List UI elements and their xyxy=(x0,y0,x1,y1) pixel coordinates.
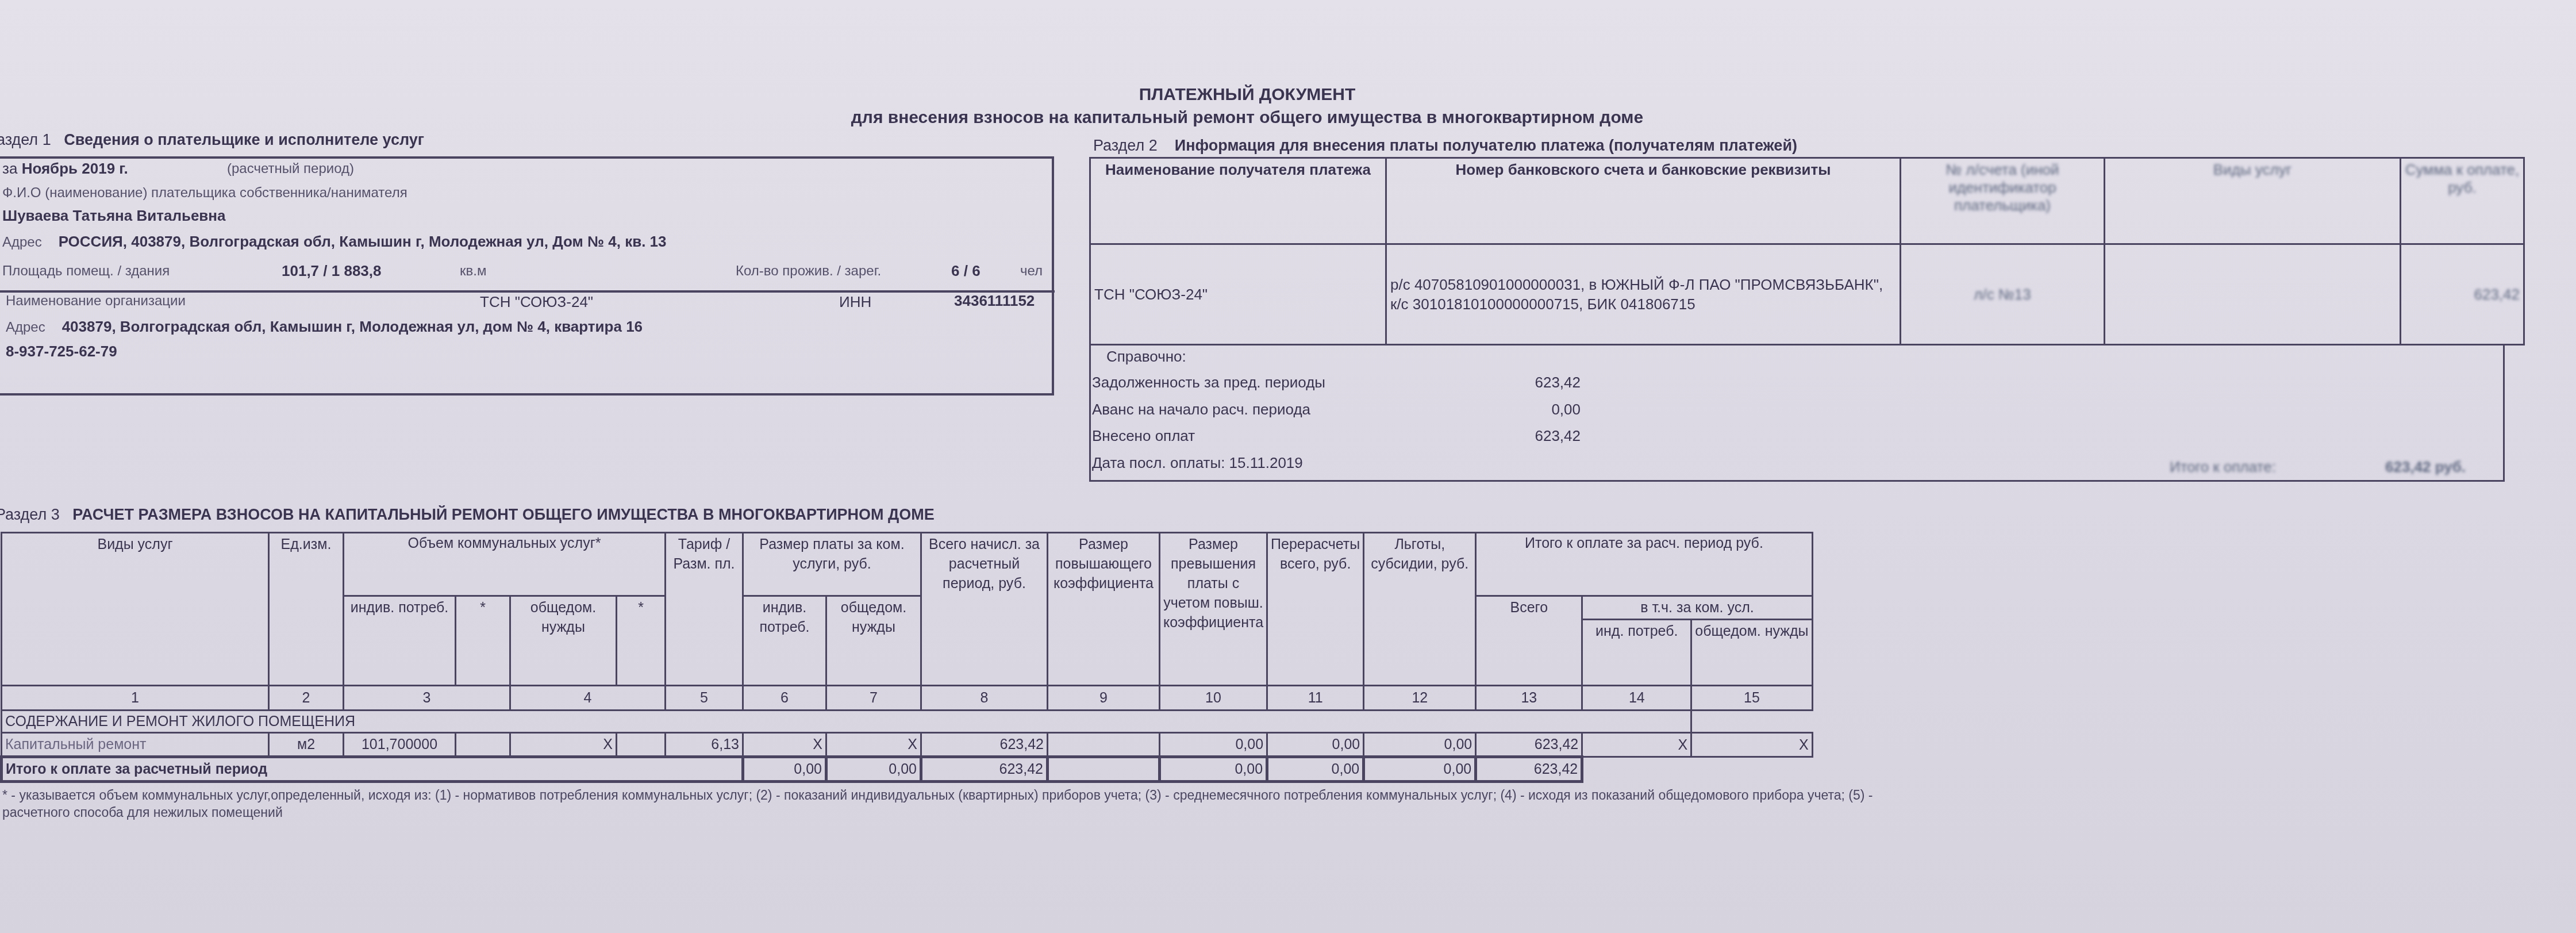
hdr-to-pay-indiv: инд. потреб. xyxy=(1582,620,1691,686)
paid-label: Внесено оплат xyxy=(1092,427,1195,445)
row-total: 623,42 xyxy=(1476,733,1582,757)
org-address-value: 403879, Волгоградская обл, Камышин г, Мо… xyxy=(62,318,643,335)
total-accrued: 623,42 xyxy=(921,757,1048,782)
section1-label: аздел 1 xyxy=(0,131,51,148)
col-num: 6 xyxy=(743,686,826,711)
hdr-pay-common: общедом. нужды xyxy=(826,596,921,686)
row-incl-common: X xyxy=(1691,733,1812,757)
col-num: 14 xyxy=(1582,686,1691,711)
footnote-line-2: расчетного способа для нежилых помещений xyxy=(2,804,283,821)
section1-heading: аздел 1 Сведения о плательщике и исполни… xyxy=(0,131,424,149)
row-incl-indiv: X xyxy=(1582,733,1691,757)
hdr-total-accrued: Всего начисл. за расчетный период, руб. xyxy=(921,533,1048,686)
bank-details: р/с 40705810901000000031, в ЮЖНЫЙ Ф-Л ПА… xyxy=(1386,244,1901,345)
hdr-services: Виды услуг xyxy=(2,533,269,686)
org-label: Наименование организации xyxy=(6,293,186,309)
footnote-line-1: * - указывается объем коммунальных услуг… xyxy=(2,786,1873,804)
hdr-volume: Объем коммунальных услуг* xyxy=(344,533,666,596)
col-bank-details: Номер банковского счета и банковские рек… xyxy=(1386,158,1901,244)
col-num: 8 xyxy=(921,686,1048,711)
section3-heading: Раздел 3 РАСЧЕТ РАЗМЕРА ВЗНОСОВ НА КАПИТ… xyxy=(0,506,935,524)
inn-value: 3436111152 xyxy=(954,292,1035,310)
advance-label: Аванс на начало расч. периода xyxy=(1092,401,1310,418)
header-row-1: Виды услуг Ед.изм. Объем коммунальных ус… xyxy=(2,533,1813,596)
row-vol-star1 xyxy=(456,733,510,757)
row-service: Капитальный ремонт xyxy=(2,733,269,757)
org-name: ТСН "СОЮЗ-24" xyxy=(480,293,593,311)
advance-value: 0,00 xyxy=(1466,401,1581,418)
col-num: 12 xyxy=(1364,686,1476,711)
col-num: 11 xyxy=(1267,686,1364,711)
table-row: Капитальный ремонт м2 101,700000 X 6,13 … xyxy=(2,733,1813,757)
last-payment-date: Дата посл. оплаты: 15.11.2019 xyxy=(1092,454,1303,472)
row-excess: 0,00 xyxy=(1160,733,1267,757)
reference-title: Справочно: xyxy=(1106,348,1186,366)
row-tariff: 6,13 xyxy=(666,733,743,757)
section1-divider xyxy=(0,290,1055,293)
row-benefits: 0,00 xyxy=(1364,733,1476,757)
period-row: за Ноябрь 2019 г. xyxy=(2,160,128,178)
section2-heading: Раздел 2 Информация для внесения платы п… xyxy=(1093,137,1797,155)
total-recalc: 0,00 xyxy=(1267,757,1364,782)
section1-title: Сведения о плательщике и исполнителе усл… xyxy=(64,131,424,148)
col-num: 7 xyxy=(826,686,921,711)
residents-value: 6 / 6 xyxy=(951,262,981,280)
total-benefits: 0,00 xyxy=(1364,757,1476,782)
hdr-to-pay-common: общедом. нужды xyxy=(1691,620,1812,686)
hdr-to-pay: Итого к оплате за расч. период руб. xyxy=(1476,533,1812,596)
row-recalc: 0,00 xyxy=(1267,733,1364,757)
col-num: 13 xyxy=(1476,686,1582,711)
hdr-payment-size: Размер платы за ком. услуги, руб. xyxy=(743,533,921,596)
col-account: № л/счета (иной идентификатор плательщик… xyxy=(1901,158,2105,244)
inn-label: ИНН xyxy=(839,293,871,311)
col-recipient: Наименование получателя платежа xyxy=(1090,158,1386,244)
section2-title: Информация для внесения платы получателю… xyxy=(1175,137,1797,154)
debt-value: 623,42 xyxy=(1466,374,1581,391)
hdr-tariff: Тариф / Разм. пл. xyxy=(666,533,743,686)
col-amount: Сумма к оплате, руб. xyxy=(2401,158,2524,244)
org-phone: 8-937-725-62-79 xyxy=(6,343,117,360)
hdr-to-pay-total: Всего xyxy=(1476,596,1582,686)
recipient-name: ТСН "СОЮЗ-24" xyxy=(1090,244,1386,345)
hdr-vol-star2: * xyxy=(617,596,666,686)
col-num: 3 xyxy=(344,686,510,711)
address-value: РОССИЯ, 403879, Волгоградская обл, Камыш… xyxy=(59,233,667,250)
payer-address: Адрес РОССИЯ, 403879, Волгоградская обл,… xyxy=(2,233,667,251)
hdr-unit: Ед.изм. xyxy=(269,533,344,686)
col-num: 1 xyxy=(2,686,269,711)
document-subtitle: для внесения взносов на капитальный ремо… xyxy=(672,108,1822,128)
services xyxy=(2105,244,2401,345)
recipient-row: ТСН "СОЮЗ-24" р/с 40705810901000000031, … xyxy=(1090,244,2524,345)
section3-label: Раздел 3 xyxy=(0,506,60,523)
total-total: 623,42 xyxy=(1476,757,1582,782)
col-num: 15 xyxy=(1691,686,1812,711)
hdr-vol-indiv: индив. потреб. xyxy=(344,596,456,686)
period-value: Ноябрь 2019 г. xyxy=(22,160,128,177)
document-title: ПЛАТЕЖНЫЙ ДОКУМЕНТ xyxy=(902,85,1592,105)
group-title: СОДЕРЖАНИЕ И РЕМОНТ ЖИЛОГО ПОМЕЩЕНИЯ xyxy=(2,711,1691,733)
recipient-table-header: Наименование получателя платежа Номер ба… xyxy=(1090,158,2524,244)
period-prefix: за xyxy=(2,160,17,177)
total-row-blank xyxy=(1582,757,1812,782)
payer-caption: Ф.И.О (наименование) плательщика собстве… xyxy=(2,185,407,201)
residents-label: Кол-во прожив. / зарег. xyxy=(736,263,881,279)
column-number-row: 1 2 3 4 5 6 7 8 9 10 11 12 13 14 15 xyxy=(2,686,1813,711)
section3-title: РАСЧЕТ РАЗМЕРА ВЗНОСОВ НА КАПИТАЛЬНЫЙ РЕ… xyxy=(72,506,935,523)
area-value: 101,7 / 1 883,8 xyxy=(282,262,381,280)
area-unit: кв.м xyxy=(460,263,486,279)
hdr-recalc: Перерасчеты всего, руб. xyxy=(1267,533,1364,686)
row-pay-common: X xyxy=(826,733,921,757)
row-vol-common: X xyxy=(510,733,617,757)
total-pay-common: 0,00 xyxy=(826,757,921,782)
total-coef xyxy=(1048,757,1160,782)
hdr-pay-indiv: индив. потреб. xyxy=(743,596,826,686)
row-vol-star2 xyxy=(617,733,666,757)
address-label: Адрес xyxy=(2,235,42,250)
hdr-coef: Размер повышающего коэффициента xyxy=(1048,533,1160,686)
row-vol-indiv: 101,700000 xyxy=(344,733,456,757)
col-num: 5 xyxy=(666,686,743,711)
total-value: 623,42 руб. xyxy=(2385,458,2466,476)
col-services: Виды услуг xyxy=(2105,158,2401,244)
recipient-table: Наименование получателя платежа Номер ба… xyxy=(1089,157,2525,345)
payer-name: Шуваева Татьяна Витальевна xyxy=(2,207,226,225)
col-num: 9 xyxy=(1048,686,1160,711)
paid-value: 623,42 xyxy=(1466,427,1581,445)
section2-label: Раздел 2 xyxy=(1093,137,1158,154)
calculation-table: Виды услуг Ед.изм. Объем коммунальных ус… xyxy=(0,532,1813,783)
total-row: Итого к оплате за расчетный период 0,00 … xyxy=(2,757,1813,782)
row-unit: м2 xyxy=(269,733,344,757)
row-coef xyxy=(1048,733,1160,757)
group-row: СОДЕРЖАНИЕ И РЕМОНТ ЖИЛОГО ПОМЕЩЕНИЯ xyxy=(2,711,1813,733)
hdr-to-pay-incl: в т.ч. за ком. усл. xyxy=(1582,596,1812,620)
total-label: Итого к оплате: xyxy=(2170,458,2276,476)
org-address: Адрес 403879, Волгоградская обл, Камышин… xyxy=(6,318,643,336)
debt-label: Задолженность за пред. периоды xyxy=(1092,374,1325,391)
row-pay-indiv: X xyxy=(743,733,826,757)
col-num: 4 xyxy=(510,686,666,711)
residents-unit: чел xyxy=(1020,263,1043,279)
period-caption: (расчетный период) xyxy=(227,161,354,177)
total-excess: 0,00 xyxy=(1160,757,1267,782)
hdr-vol-common: общедом. нужды xyxy=(510,596,617,686)
row-accrued: 623,42 xyxy=(921,733,1048,757)
hdr-vol-star1: * xyxy=(456,596,510,686)
hdr-benefits: Льготы, субсидии, руб. xyxy=(1364,533,1476,686)
col-num: 10 xyxy=(1160,686,1267,711)
total-row-label: Итого к оплате за расчетный период xyxy=(2,757,743,782)
area-label: Площадь помещ. / здания xyxy=(2,263,170,279)
amount: 623,42 xyxy=(2401,244,2524,345)
col-num: 2 xyxy=(269,686,344,711)
org-address-label: Адрес xyxy=(6,320,45,335)
total-pay-indiv: 0,00 xyxy=(743,757,826,782)
account-number: л/с №13 xyxy=(1901,244,2105,345)
hdr-excess: Размер превышения платы с учетом повыш. … xyxy=(1160,533,1267,686)
